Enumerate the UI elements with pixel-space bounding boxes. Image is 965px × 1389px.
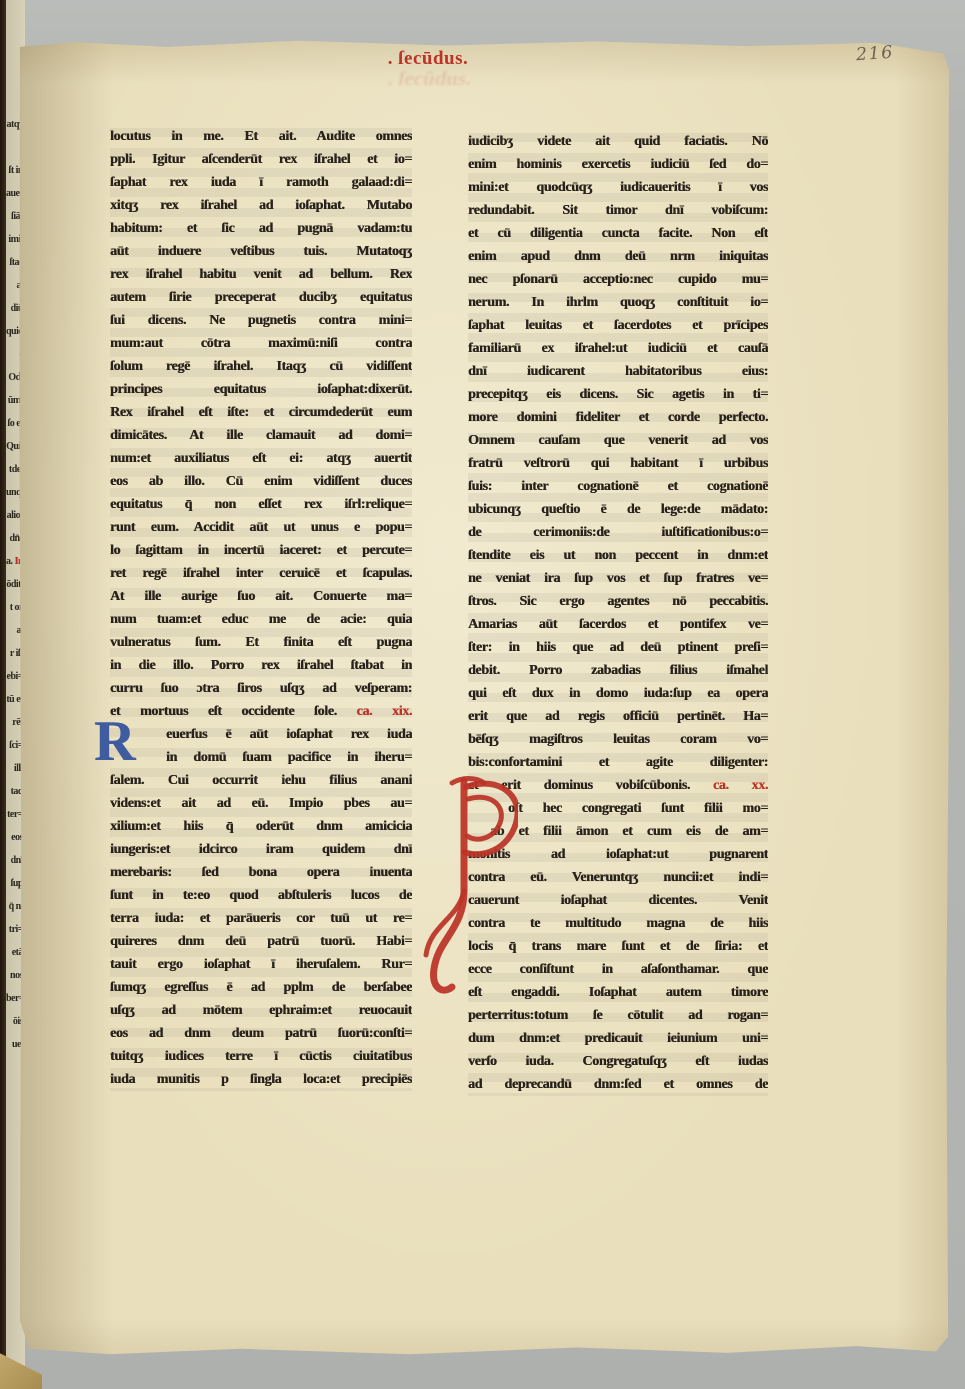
text-line: eos ad dnm deum patrū ſuorū:conſti= xyxy=(110,1022,412,1045)
text-column-left: R locutus in me. Et ait. Audite omnesppl… xyxy=(110,125,412,1091)
text-line: tauit ergo ioſaphat ī iheruſalem. Rur= xyxy=(110,953,412,976)
text-line: tuitqʒ iudices terre ī cūctis ciuitatibu… xyxy=(110,1045,412,1068)
text-line: ſolum regē iſrahel. Itaqʒ cū vidiſſent xyxy=(110,355,412,378)
illuminated-initial-R: R xyxy=(94,717,135,767)
gutter-text-fragment: rēt xyxy=(6,711,23,734)
manuscript-page: . ſecūdus. . ſecūdus. 216 R locutus in m… xyxy=(18,36,950,1388)
text-line: in die illo. Porro rex iſrahel ſtabat in xyxy=(110,654,412,677)
text-line: xitqʒ rex iſrahel ad ioſaphat. Mutabo xyxy=(110,194,412,217)
text-line: ne veniat ira ſup vos et ſup fratres ve= xyxy=(468,567,768,590)
gutter-text-fragment: ſci= xyxy=(6,734,23,757)
text-line: locutus in me. Et ait. Audite omnes xyxy=(110,125,412,148)
photograph-background: t ma=atqʒt mi=ſt inauer=ſiātimiſſtaēa. E… xyxy=(0,0,965,1389)
running-header: . ſecūdus. xyxy=(348,48,508,70)
text-line: runt eum. Accidit aūt ut unus e popu= xyxy=(110,516,412,539)
text-line: iuda munitis p ſingla loca:et precipiēs xyxy=(110,1068,412,1091)
text-line: enim apud dnm deū nrm iniquitas xyxy=(468,245,768,268)
gutter-text-fragment: nos xyxy=(6,964,23,987)
gutter-text-fragment: ter= xyxy=(6,803,23,826)
text-line: lo ſagittam in incertū iaceret: et percu… xyxy=(110,539,412,562)
text-line: ppli. Igitur aſcenderūt rex iſrahel et i… xyxy=(110,148,412,171)
text-line: enim hominis exercetis iudiciū ſed do= xyxy=(468,153,768,176)
text-line: ſtros. Sic ergo agentes nō peccabitis. xyxy=(468,590,768,613)
text-line: ſter: in hiis que ad deū ptinent preſi= xyxy=(468,636,768,659)
text-line: aūt induere veſtibus tuis. Mutatoqʒ xyxy=(110,240,412,263)
text-line: Rex iſrahel eſt iſte: et circumdederūt e… xyxy=(110,401,412,424)
text-column-right: iudicibʒ videte ait quid faciatis. Nōeni… xyxy=(468,130,768,1096)
text-line: At ille aurige ſuo ait. Conuerte ma= xyxy=(110,585,412,608)
text-line: bēſqʒ magiſtros leuitas coram vo= xyxy=(468,728,768,751)
text-line: rex iſrahel habitu venit ad bellum. Rex xyxy=(110,263,412,286)
text-line: debit. Porro zabadias filius iſmahel xyxy=(468,659,768,682)
text-line: merebaris: ſed bona opera inuenta xyxy=(110,861,412,884)
gutter-text-fragment: ber= xyxy=(6,987,23,1010)
text-line: num tuam:et educ me de acie: quia xyxy=(110,608,412,631)
text-line: verſo iuda. Congregatuſqʒ eſt iudas xyxy=(468,1050,768,1073)
text-line: mum:aut cōtra maximū:niſi contra xyxy=(110,332,412,355)
text-line: iudicibʒ videte ait quid faciatis. Nō xyxy=(468,130,768,153)
text-line: et cū diligentia cuncta facite. Non eſt xyxy=(468,222,768,245)
text-line: precepitqʒ eis dicens. Sic agetis in ti= xyxy=(468,383,768,406)
text-line: videns:et ait ad eū. Impio pbes au= xyxy=(110,792,412,815)
text-line: eos ab illo. Cū enim vidiſſent duces xyxy=(110,470,412,493)
text-line: ret regē iſrahel inter ceruicē et ſcapul… xyxy=(110,562,412,585)
text-line: autem ſirie preceperat ducibʒ equitatus xyxy=(110,286,412,309)
text-line: habitum: et ſic ad pugnā vadam:tu xyxy=(110,217,412,240)
text-line: redundabit. Sit timor dnī vobiſcum: xyxy=(468,199,768,222)
gutter-text-fragment: ue. xyxy=(6,1033,23,1056)
text-line: mini:et quodcūqʒ iudicaueritis ī vos xyxy=(468,176,768,199)
illuminated-initial-P xyxy=(414,773,518,1005)
gutter-text-fragment: ſup xyxy=(6,872,23,895)
text-line: ſuis: inter cognationē et cognationē xyxy=(468,475,768,498)
text-line: nerum. In ihrlm quoqʒ conſtituit io= xyxy=(468,291,768,314)
gutter-text-fragment: eos xyxy=(6,826,23,849)
text-line: nec pſonarū acceptio:nec cupido mu= xyxy=(468,268,768,291)
text-line: ſtendite eis ut non peccent in dnm:et xyxy=(468,544,768,567)
text-line: ſui dicens. Ne pugnetis contra mini= xyxy=(110,309,412,332)
gutter-text-fragment: tū et xyxy=(6,688,23,711)
text-line: ſunt in te:eo quod abſtuleris lucos de xyxy=(110,884,412,907)
text-line: more domini fideliter et corde perfecto. xyxy=(468,406,768,429)
text-line: equitatus q̄ non eſſet rex iſrl:relique= xyxy=(110,493,412,516)
text-line: Omnem cauſam que venerit ad vos xyxy=(468,429,768,452)
text-line: ſaphat leuitas et ſacerdotes et prīcipes xyxy=(468,314,768,337)
text-line: principes equitatus ioſaphat:dixerūt. xyxy=(110,378,412,401)
text-line: num:et auxiliatus eſt ei: atqʒ auertit xyxy=(110,447,412,470)
gutter-text-fragment: q̄ ni xyxy=(6,895,23,918)
text-line: vulneratus ſum. Et finita eſt pugna xyxy=(110,631,412,654)
text-line: iungeris:et idcirco iram quidem dnī xyxy=(110,838,412,861)
gutter-text-fragment: ōis xyxy=(6,1010,23,1033)
text-line: uſqʒ ad mōtem ephraim:et reuocauit xyxy=(110,999,412,1022)
gutter-text-fragment: dnī xyxy=(6,849,23,872)
text-line: bis:confortamini et agite diligenter: xyxy=(468,751,768,774)
text-line: in domū ſuam pacifice in iheru= xyxy=(110,746,412,769)
chapter-mark: ca. xx. xyxy=(713,778,768,793)
text-line: ubicunqʒ queſtio ē de lege:de mādato: xyxy=(468,498,768,521)
folio-number: 216 xyxy=(855,43,894,66)
text-line: euerſus ē aūt ioſaphat rex iuda xyxy=(110,723,412,746)
text-line: ſaphat rex iuda ī ramoth galaad:di= xyxy=(110,171,412,194)
text-line: et mortuus eſt occidente ſole. ca. xix. xyxy=(110,700,412,723)
text-line: ſumqʒ egreſſus ē ad pplm de berſabee xyxy=(110,976,412,999)
text-line: fratrū veſtrorū qui habitant ī urbibus xyxy=(468,452,768,475)
text-line: erit que ad regis officiū pertinēt. Ha= xyxy=(468,705,768,728)
gutter-text-fragment: etā xyxy=(6,941,23,964)
text-line: ſalem. Cui occurrit iehu filius anani xyxy=(110,769,412,792)
text-line: dimicātes. At ille clamauit ad domi= xyxy=(110,424,412,447)
text-line: familiarū ex iſrahel:ut iudiciū et cauſā xyxy=(468,337,768,360)
text-line: qui eſt dux in domo iuda:ſup ea opera xyxy=(468,682,768,705)
text-line: dnī iudicarent habitatoribus eius: xyxy=(468,360,768,383)
chapter-mark: ca. xix. xyxy=(357,704,412,719)
gutter-text-fragment: tri= xyxy=(6,918,23,941)
text-line: quireres dnm deū patrū tuorū. Habi= xyxy=(110,930,412,953)
text-line: ad deprecandū dnm:ſed et omnes de xyxy=(468,1073,768,1096)
gutter-text-fragment: tad xyxy=(6,780,23,803)
text-line: dum dnm:et predicauit ieiunium uni= xyxy=(468,1027,768,1050)
text-line: de cerimoniis:de iuſtificationibus:o= xyxy=(468,521,768,544)
text-line: xilium:et hiis q̄ oderūt dnm amicicia xyxy=(110,815,412,838)
text-line: curru ſuo ɔtra ſiros uſqʒ ad veſperam: xyxy=(110,677,412,700)
text-line: terra iuda: et parāueris cor tuū ut re= xyxy=(110,907,412,930)
text-line: perterritus:totum ſe cōtulit ad rogan= xyxy=(468,1004,768,1027)
text-line: Amarias aūt ſacerdos et pontifex ve= xyxy=(468,613,768,636)
gutter-text-fragment: illi xyxy=(6,757,23,780)
